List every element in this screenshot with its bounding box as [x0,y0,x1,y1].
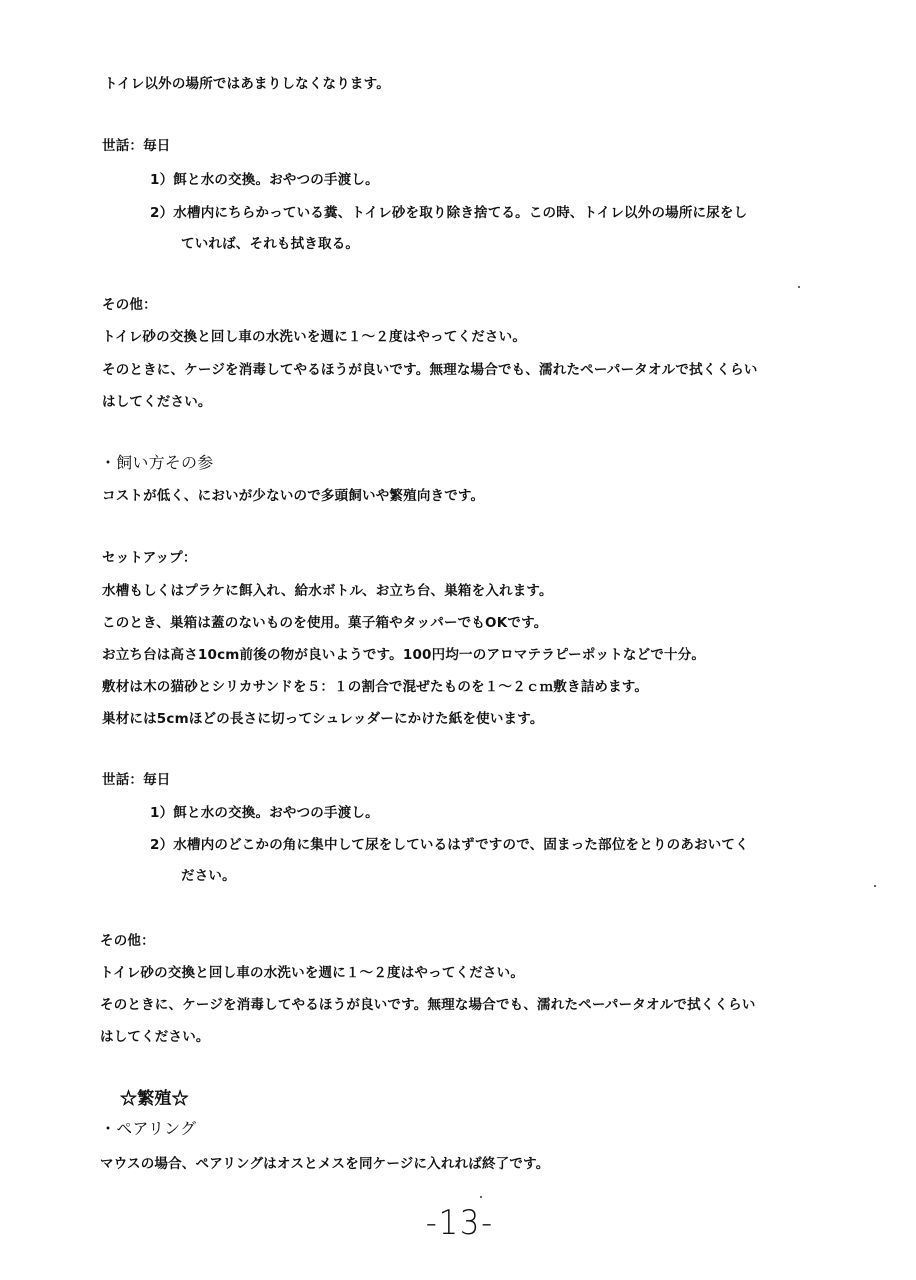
paragraph-line: はしてください。 [100,1028,210,1046]
paragraph-line: 巣材には5cmほどの長さに切ってシュレッダーにかけた紙を使います。 [102,710,544,728]
paragraph-line: はしてください。 [102,393,212,411]
paragraph-line: マウスの場合、ペアリングはオスとメスを同ケージに入れれば終了です。 [100,1155,549,1173]
pairing-heading: ・ペアリング [100,1120,196,1138]
section-heading: ・飼い方その参 [100,454,213,472]
other-label: その他： [102,296,157,314]
paragraph-line: 敷材は木の猫砂とシリカサンドを５：１の割合で混ぜたものを１～２ｃｍ敷き詰めます。 [102,678,648,696]
care-daily-label: 世話：毎日 [102,771,171,789]
scan-speck [798,286,800,288]
section-intro: コストが低く、においが少ないので多頭飼いや繁殖向きです。 [102,487,484,505]
care-list-item-2-cont: ていれば、それも拭き取る。 [181,235,359,253]
paragraph-line: このとき、巣箱は蓋のないものを使用。菓子箱やタッパーでもOKです。 [102,614,547,632]
paragraph-line: 水槽もしくはプラケに餌入れ、給水ボトル、お立ち台、巣箱を入れます。 [102,582,553,600]
other-label: その他： [100,932,155,950]
breeding-title: ☆繁殖☆ [120,1090,189,1108]
care-list-item-2: 2）水槽内のどこかの角に集中して尿をしているはずですので、固まった部位をとりのあ… [150,836,749,854]
paragraph-line: トイレ以外の場所ではあまりしなくなります。 [104,75,390,93]
paragraph-line: そのときに、ケージを消毒してやるほうが良いです。無理な場合でも、濡れたペーパータ… [100,996,756,1014]
paragraph-line: トイレ砂の交換と回し車の水洗いを週に１～２度はやってください。 [102,328,526,346]
care-daily-label: 世話：毎日 [102,137,171,155]
page-number: -13- [426,1203,494,1243]
scan-speck [480,1196,482,1198]
scan-speck [874,885,876,887]
care-list-item-1: 1）餌と水の交換。おやつの手渡し。 [150,171,379,189]
paragraph-line: トイレ砂の交換と回し車の水洗いを週に１～２度はやってください。 [100,964,524,982]
care-list-item-2: 2）水槽内にちらかっている糞、トイレ砂を取り除き捨てる。この時、トイレ以外の場所… [150,204,747,222]
setup-label: セットアップ： [102,549,197,567]
paragraph-line: お立ち台は高さ10cm前後の物が良いようです。100円均一のアロマテラピーポット… [102,646,705,664]
care-list-item-1: 1）餌と水の交換。おやつの手渡し。 [150,804,379,822]
paragraph-line: そのときに、ケージを消毒してやるほうが良いです。無理な場合でも、濡れたペーパータ… [102,361,758,379]
care-list-item-2-cont: ださい。 [181,867,236,885]
